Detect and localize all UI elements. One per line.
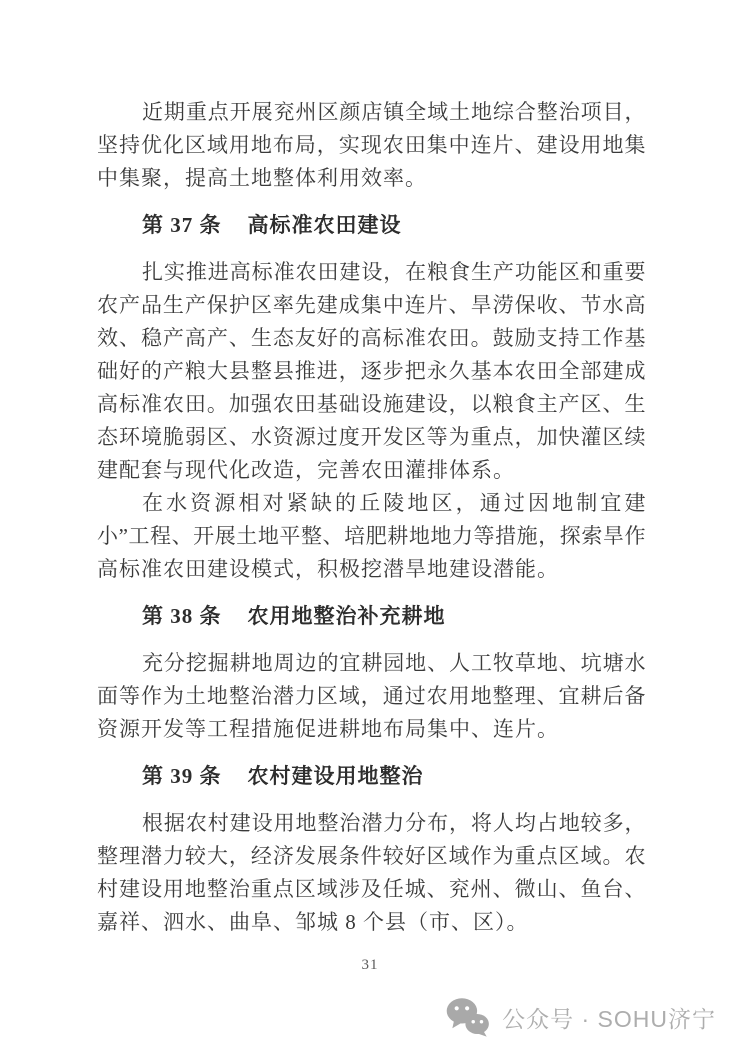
heading-title: 农用地整治补充耕地 <box>248 600 446 633</box>
footer: 公众号 · SOHU济宁 <box>445 997 716 1037</box>
paragraph-line: 态环境脆弱区、水资源过度开发区等为重点，加快灌区续 <box>97 421 646 454</box>
wechat-icon <box>445 997 491 1037</box>
paragraph-line: 效、稳产高产、生态友好的高标准农田。鼓励支持工作基 <box>97 322 646 355</box>
heading-label: 第 37 条 <box>142 209 222 242</box>
footer-text: 公众号 · SOHU济宁 <box>502 1001 716 1034</box>
heading-title: 农村建设用地整治 <box>248 760 424 793</box>
heading-title: 高标准农田建设 <box>248 209 402 242</box>
section-heading: 第 38 条农用地整治补充耕地 <box>97 600 646 633</box>
paragraph-line: 小”工程、开展土地平整、培肥耕地地力等措施，探索旱作 <box>97 520 646 553</box>
heading-label: 第 39 条 <box>142 760 222 793</box>
page-number: 31 <box>0 957 740 974</box>
paragraph-line: 高标准农田。加强农田基础设施建设，以粮食主产区、生 <box>97 388 646 421</box>
section-heading: 第 39 条农村建设用地整治 <box>97 760 646 793</box>
paragraph-line: 嘉祥、泗水、曲阜、邹城 8 个县（市、区）。 <box>97 906 646 939</box>
paragraph-line: 扎实推进高标准农田建设，在粮食生产功能区和重要 <box>97 256 646 289</box>
paragraph-line: 中集聚，提高土地整体利用效率。 <box>97 162 646 195</box>
paragraph: 近期重点开展兖州区颜店镇全域土地综合整治项目，坚持优化区域用地布局，实现农田集中… <box>97 96 646 195</box>
paragraph-line: 础好的产粮大县整县推进，逐步把永久基本农田全部建成 <box>97 355 646 388</box>
paragraph-line: 资源开发等工程措施促进耕地布局集中、连片。 <box>97 713 646 746</box>
paragraph-line: 整理潜力较大，经济发展条件较好区域作为重点区域。农 <box>97 840 646 873</box>
heading-label: 第 38 条 <box>142 600 222 633</box>
document-content: 近期重点开展兖州区颜店镇全域土地综合整治项目，坚持优化区域用地布局，实现农田集中… <box>97 96 646 939</box>
paragraph-line: 村建设用地整治重点区域涉及任城、兖州、微山、鱼台、 <box>97 873 646 906</box>
paragraph-line: 农产品生产保护区率先建成集中连片、旱涝保收、节水高 <box>97 289 646 322</box>
section-heading: 第 37 条高标准农田建设 <box>97 209 646 242</box>
paragraph: 扎实推进高标准农田建设，在粮食生产功能区和重要农产品生产保护区率先建成集中连片、… <box>97 256 646 487</box>
paragraph: 充分挖掘耕地周边的宜耕园地、人工牧草地、坑塘水面等作为土地整治潜力区域，通过农用… <box>97 647 646 746</box>
paragraph-line: 建配套与现代化改造，完善农田灌排体系。 <box>97 454 646 487</box>
document-page: 近期重点开展兖州区颜店镇全域土地综合整治项目，坚持优化区域用地布局，实现农田集中… <box>0 0 740 1047</box>
paragraph-line: 近期重点开展兖州区颜店镇全域土地综合整治项目， <box>97 96 646 129</box>
paragraph-line: 坚持优化区域用地布局，实现农田集中连片、建设用地集 <box>97 129 646 162</box>
paragraph: 根据农村建设用地整治潜力分布，将人均占地较多，整理潜力较大，经济发展条件较好区域… <box>97 807 646 939</box>
paragraph-line: 在水资源相对紧缺的丘陵地区，通过因地制宜建设“五 <box>97 487 646 520</box>
paragraph-line: 面等作为土地整治潜力区域，通过农用地整理、宜耕后备 <box>97 680 646 713</box>
paragraph-line: 充分挖掘耕地周边的宜耕园地、人工牧草地、坑塘水 <box>97 647 646 680</box>
paragraph-line: 高标准农田建设模式，积极挖潜旱地建设潜能。 <box>97 553 646 586</box>
paragraph: 在水资源相对紧缺的丘陵地区，通过因地制宜建设“五小”工程、开展土地平整、培肥耕地… <box>97 487 646 586</box>
paragraph-line: 根据农村建设用地整治潜力分布，将人均占地较多， <box>97 807 646 840</box>
